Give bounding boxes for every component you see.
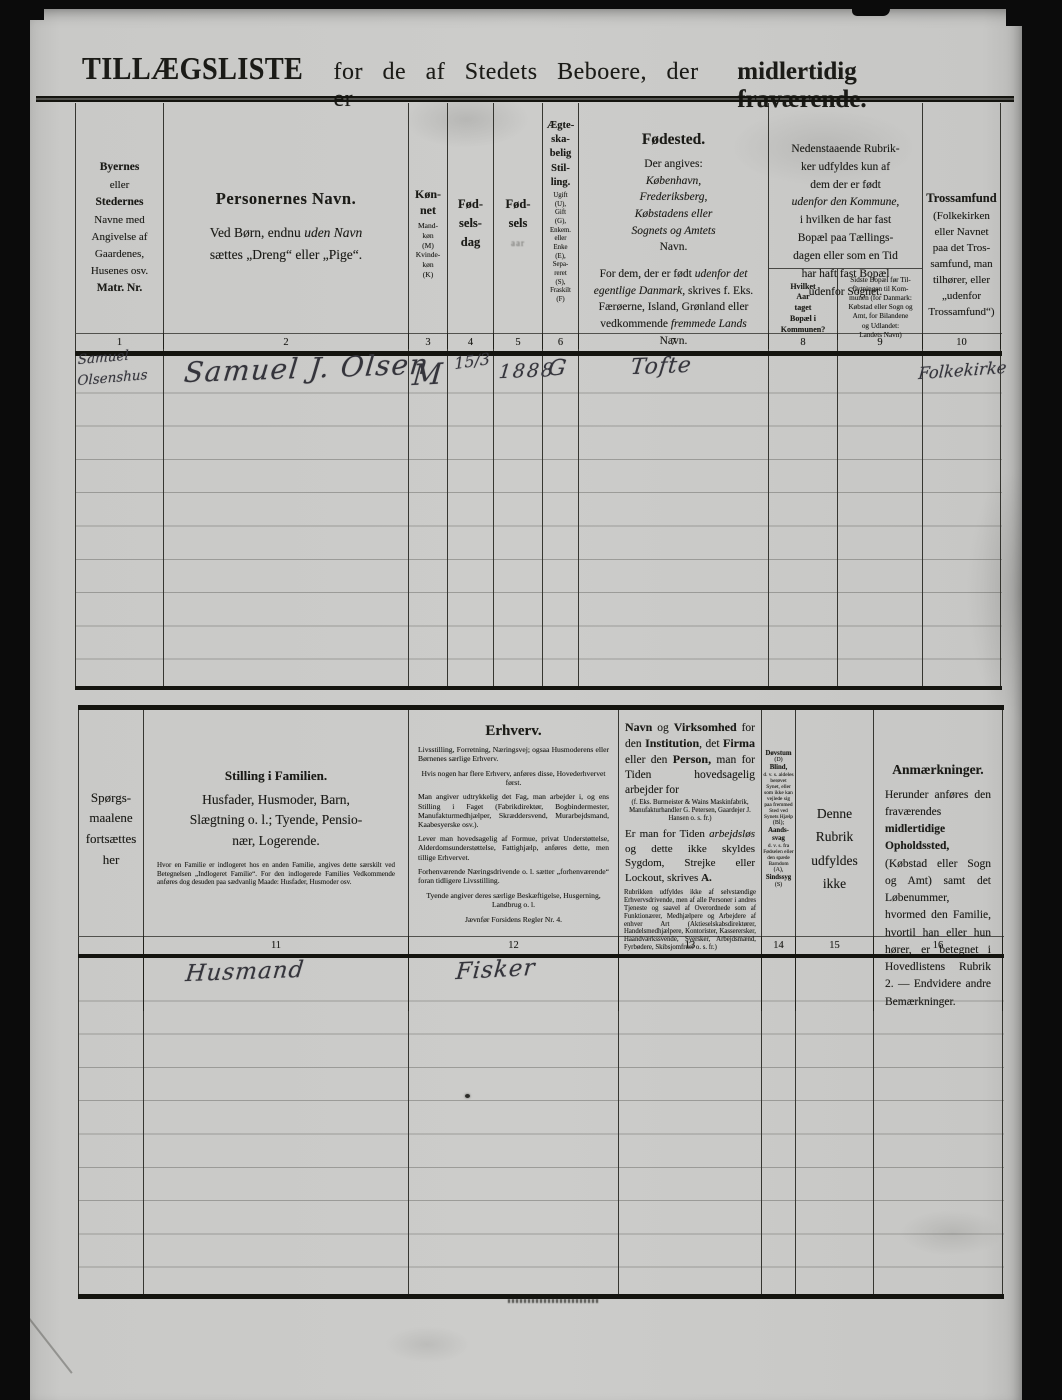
col-number-2: 2 [164,334,409,351]
col2-subtitle: Ved Børn, endnu uden Navn sættes „Dreng“… [164,222,408,267]
data-cell-remarks [874,958,1003,1294]
col13-bold: Navn [625,720,652,734]
col3-header-sex: Køn- net Mand- køn (M) Kvinde- køn (K) [409,103,448,349]
col13-text: , det [699,738,723,750]
table-continued-questions: Spørgs- maalene fortsættes her Stilling … [78,705,1004,1299]
form-title-word: TILLÆGSLISTE [82,50,303,87]
col-number-9: 9 [838,334,923,351]
col1-line: Navne med Angivelse af Gaardenes, Husene… [76,212,163,280]
col12-par: Jævnfør Forsidens Regler Nr. 4. [409,915,618,924]
col12-par: Man angiver udtrykkelig det Fag, man arb… [409,792,618,828]
data-cell-not-filled [796,958,874,1294]
col6-title: Ægte- ska- belig Stil- ling. [543,119,578,190]
title-rule [36,96,1014,102]
col-number-12: 12 [409,937,619,954]
handwritten-occupation: Fisker [455,955,537,985]
ink-dot [465,1094,470,1098]
data-cell-sex [409,356,448,686]
col6-small: Ugift (U), Gift (G), Enkem. eller Enke (… [543,192,578,305]
data-cell-birthplace [579,356,769,686]
col11-fine-print: Hvor en Familie er indlogeret hos en and… [144,861,408,887]
col14-code: (D) [762,757,795,764]
col-number-10: 10 [923,334,1001,351]
scan-border-corner-tl [0,0,44,20]
col-number-7: 7 [579,334,769,351]
table2-header-row: Spørgs- maalene fortsættes her Stilling … [78,710,1004,936]
heavy-rule [78,1294,1004,1299]
col-number-13: 13 [619,937,762,954]
col13-text: Er man for Tiden [625,828,709,840]
col1-header-matr-nr: Byernes eller Stedernes Navne med Angive… [76,103,164,349]
col11-title: Stilling i Familien. [144,768,408,784]
col10-header-religion: Trossamfund (Folkekirken eller Navnet pa… [923,103,1001,349]
scan-border-corner-tr [1006,0,1062,26]
col8-9-italic-line: udenfor den Kommune, [775,194,916,212]
col5-title: Fød- sels [494,195,542,233]
col4-header-birthday: Fød- sels- dag [448,103,494,349]
col9-subheader: Sidste Bopæl før Til- flytningen til Kom… [838,269,923,341]
col13-text: og [652,722,673,734]
col12-par: Livsstilling, Forretning, Næringsvej; og… [409,745,618,763]
col10-sub: (Folkekirken eller Navnet paa det Tros- … [923,209,1000,321]
data-cell-disabilities [762,958,796,1294]
data-cell-col9 [838,356,923,686]
col13-text: eller den [625,754,673,766]
table1-data-area: Samuel Olsenshus Samuel J. Olsen M 15/3 … [75,356,1002,686]
col12-title: Erhverv. [409,723,618,740]
data-cell-name [164,356,409,686]
col2-header-name: Personernes Navn. Ved Børn, endnu uden N… [164,103,409,349]
col-number-11: 11 [144,937,409,954]
col13-bold: A. [701,872,712,884]
col-number-16: 16 [874,937,1003,954]
paper-sheet: TILLÆGSLISTE for de af Stedets Beboere, … [30,8,1022,1400]
col1-line: Byernes [76,159,163,177]
col-number-14: 14 [762,937,796,954]
col7-italic: fremmede Lands [671,318,747,330]
intro-text: Spørgs- maalene fortsættes her [79,788,143,871]
col-number-15: 15 [796,937,874,954]
handwritten-family-position: Husmand [184,957,305,987]
col13-bold: Institution [645,736,699,750]
col13-bold: Firma [723,736,755,750]
col7-par1: Der angives: København, Frederiksberg, K… [579,156,768,256]
col14-fine: d. v. s. fra Fødselen eller den spæde Ba… [762,843,795,867]
col12-par: Tyende angiver deres særlige Beskæftigel… [409,891,618,909]
data-cell-birthday [448,356,494,686]
col6-header-marital-status: Ægte- ska- belig Stil- ling. Ugift (U), … [543,103,579,349]
col2-sub-text2: sættes „Dreng“ eller „Pige“. [210,247,362,262]
col3-title: Køn- net [409,187,447,218]
col7-header-birthplace: Fødested. Der angives: København, Freder… [579,103,769,349]
table1-number-row: 1 2 3 4 5 6 7 8 9 10 [75,333,1002,351]
col2-title: Personernes Navn. [164,189,408,209]
data-cell-intro [79,958,144,1294]
col8-subheader: Hvilket Aar taget Bopæl i Kommunen? [769,269,838,341]
col16-bold: midlertidige Opholdssted, [885,823,949,852]
scanned-census-form: { "title": { "p1": "TILLÆGSLISTE", "p2":… [0,0,1062,1400]
col14-bold: Sindssyg [762,874,795,882]
scan-border-top [0,0,1062,9]
table-absent-persons: Byernes eller Stedernes Navne med Angive… [75,103,1002,690]
col16-text: Herunder anføres den fraværendes [885,789,991,818]
col2-sub-italic: uden Navn [304,225,362,240]
printer-imprint [508,1299,600,1303]
col13-fine-print-1: (f. Eks. Burmeister & Wains Maskinfabrik… [619,799,761,823]
col13-bold: Virksomhed [674,720,737,734]
data-cell-birthyear [494,356,543,686]
handwritten-birthplace: Tofte [629,352,693,379]
col-number-6: 6 [543,334,579,351]
col-number-8: 8 [769,334,838,351]
col14-code: (Bl); [762,820,795,827]
col14-code: (A), [762,867,795,874]
col11-main: Husfader, Husmoder, Barn, Slægtning o. l… [144,790,408,853]
col12-par: Forhenværende Næringsdrivende o. l. sætt… [409,867,618,885]
heavy-rule [75,686,1002,691]
col14-fine: d. v. s. aldeles berøvet Synet, eller so… [762,772,795,820]
col14-bold: Aands- svag [762,827,795,843]
col-number-empty [79,937,144,954]
col15-text: Denne Rubrik udfyldes ikke [796,802,873,897]
col2-sub-text: Ved Børn, endnu [210,225,305,240]
col13-mid: Er man for Tiden arbejdsløs og dette ikk… [619,827,761,885]
data-cell-matr [76,356,164,686]
table1-header-row: Byernes eller Stedernes Navne med Angive… [75,103,1002,333]
data-cell-family-position [144,958,409,1294]
handwritten-sex: M [411,356,444,392]
col14-bold: Blind, [762,764,795,772]
data-cell-religion [923,356,1001,686]
col1-line: Stedernes [76,194,163,212]
col14-code: (S) [762,882,795,889]
table2-number-row: 11 12 13 14 15 16 [78,936,1004,954]
col8-9-subheaders: Hvilket Aar taget Bopæl i Kommunen? Sids… [769,269,922,333]
col5-smudged-text: aar [494,238,542,248]
data-cell-col8 [769,356,838,686]
col8-9-header-shared: Nedenstaaende Rubrik- ker udfyldes kun a… [769,103,923,349]
col12-par: Hvis nogen har flere Erhverv, anføres di… [409,769,618,787]
col7-title: Fødested. [579,131,768,149]
scan-border-blob [852,0,890,16]
col16-title: Anmærkninger. [874,762,1002,778]
col4-title: Fød- sels- dag [448,195,493,251]
col10-title: Trossamfund [923,191,1000,206]
table2-data-area: Husmand Fisker [78,958,1004,1294]
col1-line: eller [76,177,163,194]
col1-line: Matr. Nr. [76,280,163,298]
scan-border-left [0,0,30,1400]
col7-line: Navn. [579,239,768,256]
data-cell-occupation [409,958,619,1294]
col8-9-line: Nedenstaaende Rubrik- ker udfyldes kun a… [775,141,916,194]
data-cell-employer [619,958,762,1294]
handwritten-matr-name: Samuel Olsenshus [77,343,148,391]
handwritten-marital-status: G [546,356,567,381]
col13-italic: arbejdsløs [709,828,755,840]
col13-text: og dette ikke skyldes Sygdom, Strejke el… [625,843,755,884]
col7-italic-lines: København, Frederiksberg, Købstadens ell… [579,173,768,240]
col13-bold: Person, [673,752,711,766]
col5-header-birthyear: Fød- sels aar [494,103,543,349]
col12-par: Lever man hovedsagelig af Formue, privat… [409,834,618,861]
col7-line: Der angives: [579,156,768,173]
col8-9-shared-text: Nedenstaaende Rubrik- ker udfyldes kun a… [769,103,922,269]
col13-lead: Navn og Virksomhed for den Institution, … [619,720,761,799]
col3-small: Mand- køn (M) Kvinde- køn (K) [409,221,447,280]
scan-border-right [1022,0,1062,1400]
data-cell-status [543,356,579,686]
col7-text: For dem, der er født [600,268,695,280]
col-number-5: 5 [494,334,543,351]
